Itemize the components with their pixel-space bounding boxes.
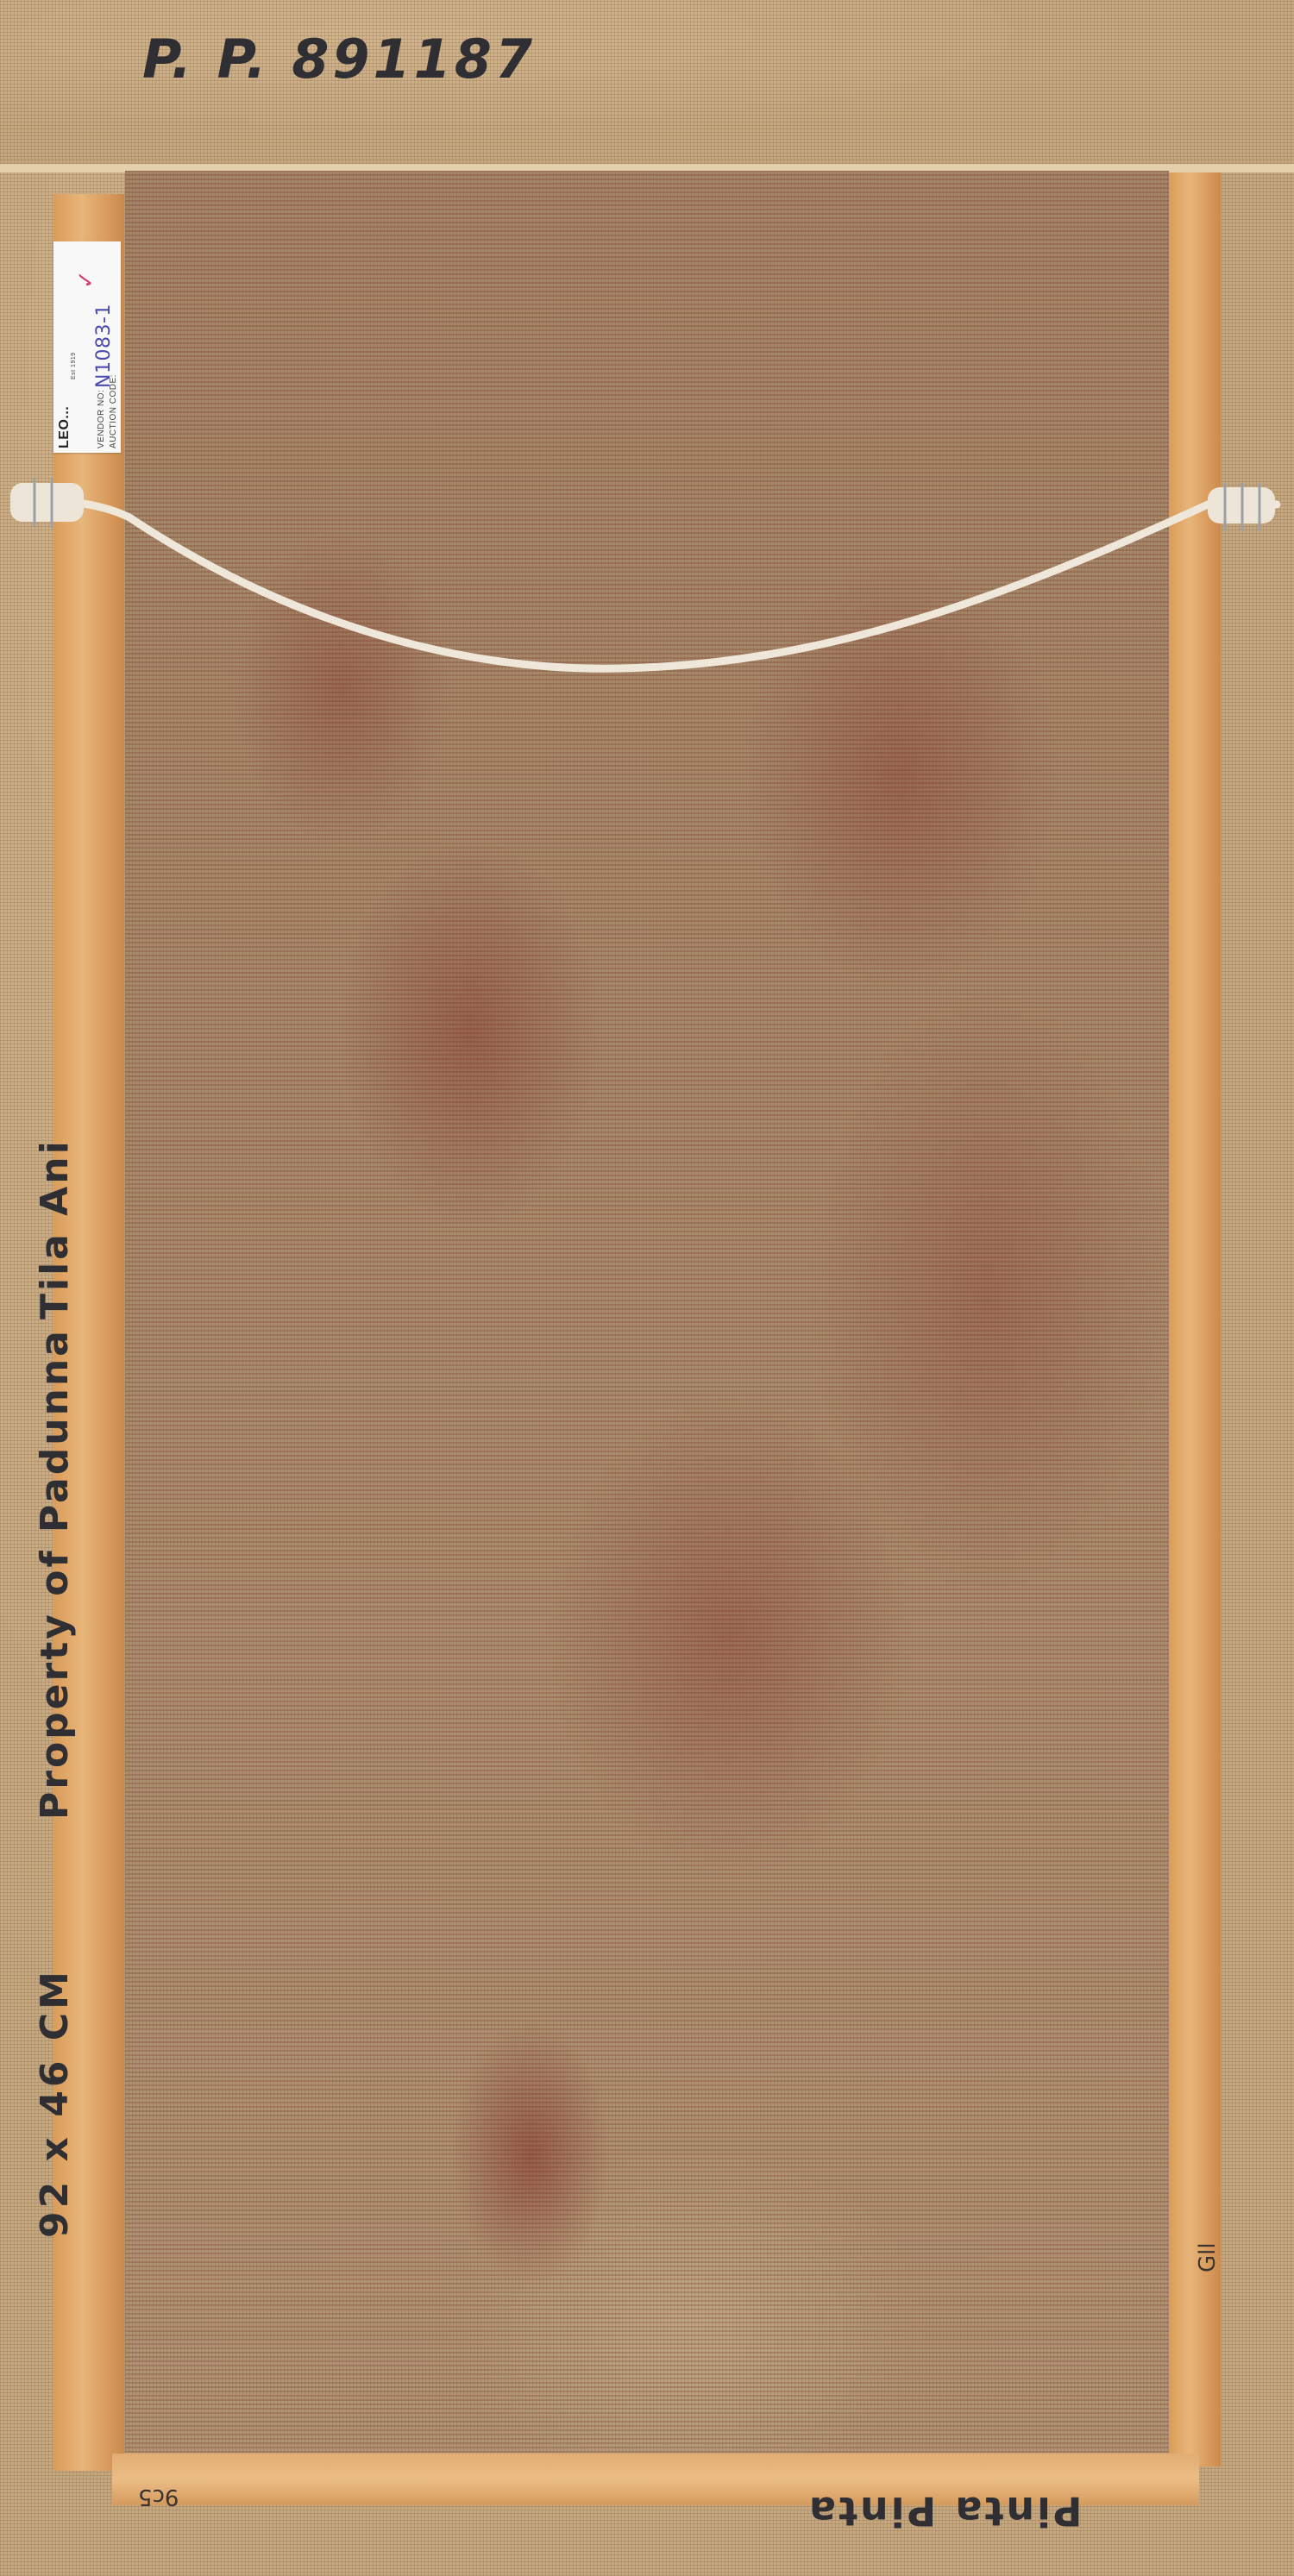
- inscription-dimensions: 92 x 46 CM: [33, 1968, 77, 2238]
- pencil-mark-bottom-left: 9c5: [138, 2484, 179, 2510]
- inscription-inventory-number: P. P. 891187: [142, 28, 536, 91]
- inscription-artist: Pinta Pinta: [807, 2488, 1083, 2535]
- auction-label: LEO... Est 1919 VENDOR NO: N1083-1 ✓ AUC…: [53, 241, 121, 453]
- label-established: Est 1919: [71, 352, 77, 379]
- inscription-property-of: Property of Padunna: [33, 1328, 77, 1820]
- pencil-mark-right-stretcher: Gll: [1195, 2242, 1221, 2272]
- hanging-cord: [0, 0, 1294, 2576]
- cord-knot-left: [10, 483, 84, 522]
- label-vendor-field: VENDOR NO:: [97, 390, 106, 448]
- label-brand: LEO...: [57, 406, 72, 448]
- label-auction-field: AUCTION CODE:: [109, 374, 118, 448]
- label-check-mark: ✓: [72, 270, 99, 289]
- inscription-title: Tila Ani: [33, 1138, 77, 1319]
